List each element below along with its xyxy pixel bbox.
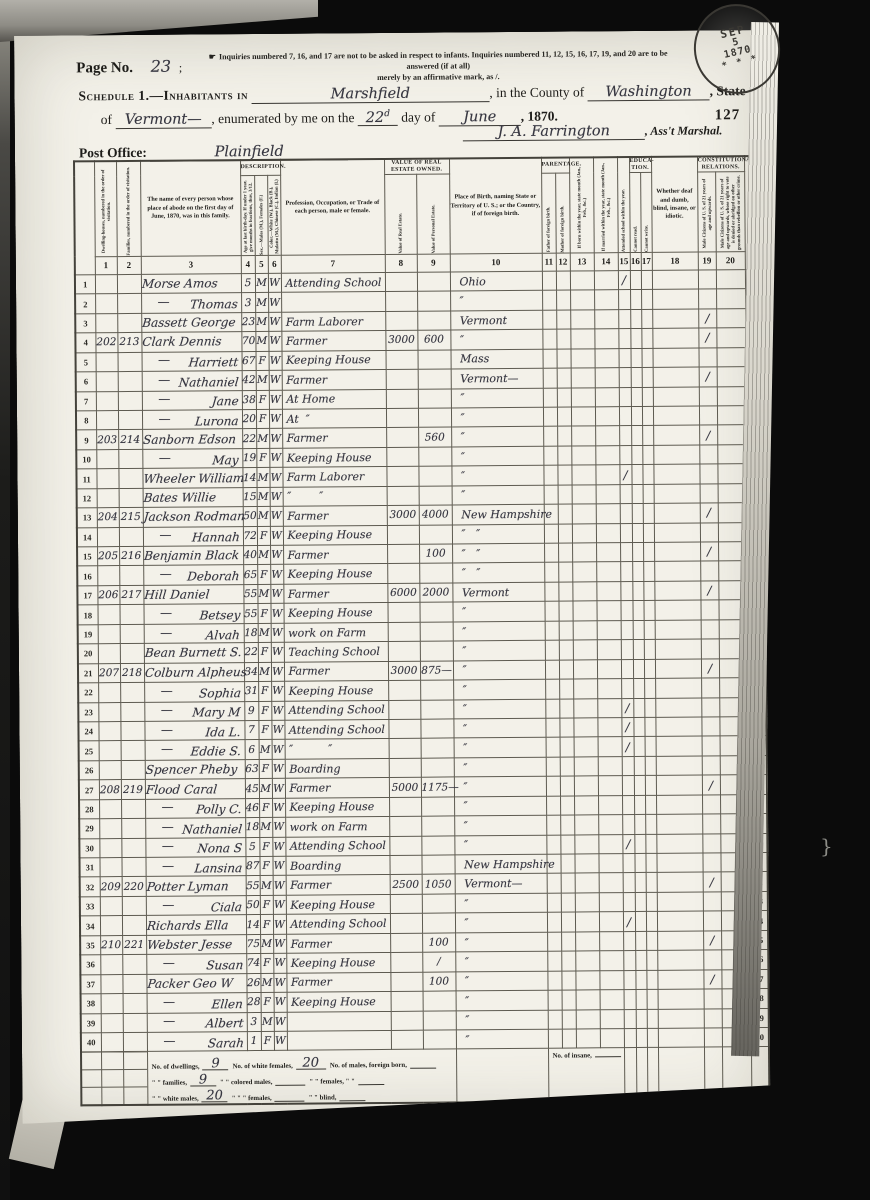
person-name-text: Lurona — [194, 414, 242, 428]
mother-foreign-birth-mark — [560, 854, 574, 874]
attended-school-mark: / — [621, 698, 633, 718]
col-header-color: Color.—White (W.), Black (B.), Mulatto (… — [267, 175, 281, 255]
family-no: 220 — [122, 877, 146, 897]
column-number: 5 — [255, 255, 268, 273]
person-name-text: Eddie S. — [190, 744, 245, 758]
real-estate-value — [387, 564, 419, 584]
ditto-dash: — — [162, 820, 174, 834]
col-header-vote-denied: Male Citizens of U. S. of 21 years of ag… — [715, 172, 745, 252]
mother-foreign-birth-mark — [560, 757, 574, 777]
group-value-owned: Value of Real Estate owned. — [384, 158, 449, 174]
birthplace: ″ — [456, 1010, 548, 1030]
mother-foreign-birth-mark — [559, 640, 573, 660]
of-label: of — [101, 112, 112, 127]
color-code: W — [270, 565, 283, 585]
blind-total-value — [339, 1101, 365, 1102]
dwelling-no — [95, 313, 117, 333]
dwelling-no — [96, 449, 118, 469]
father-foreign-birth-mark — [545, 660, 559, 680]
county-label: , in the County of — [489, 84, 584, 100]
cannot-write-mark — [644, 717, 655, 737]
person-name: Packer Geo W — [146, 973, 246, 993]
occupation: Keeping House — [283, 525, 387, 545]
row-number: 14 — [77, 527, 97, 547]
personal-estate-value: 100 — [419, 544, 452, 564]
row-number: 6 — [76, 372, 96, 392]
town-value: Marshfield — [331, 86, 410, 103]
cannot-read-mark — [633, 717, 644, 737]
col-header-cannot-write: Cannot write. — [640, 172, 652, 252]
color-code: W — [269, 351, 282, 371]
deaf-dumb-blind-note — [657, 970, 703, 990]
col-header-father-foreign: Father of foreign birth. — [541, 173, 556, 253]
cannot-write-mark — [643, 523, 654, 543]
marriage-month — [596, 504, 620, 524]
deaf-dumb-blind-note — [653, 464, 699, 484]
birthplace: ″ — [456, 990, 548, 1010]
row-number: 25 — [79, 741, 99, 761]
family-no — [123, 993, 147, 1013]
father-foreign-birth-mark — [546, 776, 560, 796]
mother-foreign-birth-mark — [560, 815, 574, 835]
cannot-read-mark — [634, 776, 645, 796]
real-estate-value — [388, 641, 420, 661]
person-name: Clark Dennis — [141, 332, 241, 352]
male-citizen-mark: / — [700, 542, 718, 562]
dwelling-no — [99, 741, 121, 761]
person-name-text: Ida L. — [205, 725, 245, 739]
color-code: W — [271, 701, 284, 721]
color-code: W — [269, 468, 282, 488]
real-estate-value — [386, 466, 418, 486]
sex: F — [259, 856, 272, 876]
cannot-write-mark — [647, 1028, 658, 1048]
occupation: Attending School — [285, 836, 389, 856]
sex: M — [259, 779, 272, 799]
birth-month — [571, 426, 595, 446]
person-name: —Albert — [147, 1012, 247, 1032]
personal-estate-value — [421, 855, 454, 875]
mother-foreign-birth-mark — [558, 524, 572, 544]
real-estate-value — [389, 855, 421, 875]
occupation: Attending School — [284, 700, 388, 720]
age: 42 — [242, 371, 256, 391]
page-number-row: Page No. 23 ; — [76, 57, 182, 78]
birthplace: ″ — [453, 660, 545, 680]
cannot-read-mark — [632, 562, 643, 582]
ditto-dash: — — [160, 606, 172, 620]
attended-school-mark — [618, 329, 630, 349]
color-code: W — [273, 915, 286, 935]
row-number: 39 — [81, 1013, 101, 1033]
cannot-read-mark — [631, 426, 642, 446]
col-header-dwellings: Dwelling-houses, numbered in the order o… — [94, 161, 117, 257]
cannot-write-mark — [645, 795, 656, 815]
occupation: Farmer — [285, 778, 389, 798]
age: 26 — [246, 973, 260, 993]
father-foreign-birth-mark — [548, 990, 562, 1010]
person-name-text: May — [212, 453, 243, 467]
foreign-females-total-label: " " females, " " — [309, 1079, 355, 1086]
father-foreign-birth-mark — [543, 349, 557, 369]
mother-foreign-birth-mark — [559, 679, 573, 699]
family-no — [119, 566, 143, 586]
attended-school-mark — [620, 543, 632, 563]
father-foreign-birth-mark — [545, 718, 559, 738]
attended-school-mark — [619, 348, 631, 368]
birth-month — [571, 348, 595, 368]
person-name-text: Hill Daniel — [143, 587, 209, 602]
person-name: Richards Ella — [146, 915, 246, 935]
day-of-label: day of — [401, 109, 435, 124]
attended-school-mark — [624, 1009, 636, 1029]
real-estate-value — [391, 991, 423, 1011]
birthplace: ″ — [454, 777, 546, 797]
foreign-males-total-label: No. of males, foreign born, — [330, 1062, 407, 1070]
person-name-wrap: Flood Caral — [145, 782, 244, 797]
birth-month — [575, 951, 599, 971]
age: 22 — [244, 643, 258, 663]
column-number: 14 — [594, 253, 618, 271]
person-name-text: Bean Burnett S. — [144, 646, 242, 661]
occupation: Keeping House — [286, 953, 390, 973]
real-estate-value — [390, 914, 422, 934]
person-name: —Sarah — [147, 1032, 247, 1052]
deaf-dumb-blind-note — [652, 289, 698, 309]
family-no — [121, 857, 145, 877]
instructions-line1: Inquiries numbered 7, 16, and 17 are not… — [219, 49, 668, 71]
attended-school-mark — [618, 309, 630, 329]
cannot-write-mark — [647, 989, 658, 1009]
occupation: Farmer — [283, 544, 387, 564]
personal-estate-value — [422, 913, 455, 933]
age: 46 — [245, 798, 259, 818]
row-number: 2 — [75, 294, 95, 314]
male-citizen-mark — [704, 1028, 722, 1048]
cannot-read-mark — [632, 504, 643, 524]
birthplace: ″ — [455, 971, 547, 991]
column-number: 18 — [652, 252, 698, 270]
family-no: 217 — [119, 585, 143, 605]
male-citizen-mark: / — [699, 425, 717, 445]
birthplace: ″ — [453, 699, 545, 719]
birth-month — [572, 504, 596, 524]
birthplace: ″ — [454, 815, 546, 835]
mother-foreign-birth-mark — [557, 446, 571, 466]
age: 50 — [246, 895, 260, 915]
row-number: 21 — [78, 663, 98, 683]
occupation — [281, 292, 385, 312]
birthplace: ″ — [450, 329, 542, 349]
sex: F — [257, 565, 270, 585]
row-number: 16 — [77, 566, 97, 586]
father-foreign-birth-mark — [548, 1010, 562, 1030]
male-citizen-mark — [703, 892, 721, 912]
birth-month — [572, 582, 596, 602]
occupation: Keeping House — [284, 681, 388, 701]
column-number: 16 — [630, 252, 641, 270]
age: 38 — [242, 390, 256, 410]
person-name-wrap: Sanborn Edson — [143, 432, 242, 447]
male-citizen-mark — [701, 717, 719, 737]
person-name-text: Sarah — [207, 1036, 247, 1050]
cannot-read-mark — [634, 737, 645, 757]
deaf-dumb-blind-note — [657, 853, 703, 873]
age: 65 — [243, 565, 257, 585]
person-name-wrap: —Sarah — [147, 1033, 246, 1051]
person-name-text: Betsey — [199, 608, 244, 622]
col-header-personal-estate: Value of Personal Estate. — [416, 174, 450, 254]
person-name: —Hannah — [143, 526, 243, 546]
deaf-dumb-blind-note — [657, 911, 703, 931]
birth-month — [573, 621, 597, 641]
color-code: W — [270, 604, 283, 624]
cannot-read-mark — [635, 970, 646, 990]
father-foreign-birth-mark — [545, 601, 559, 621]
real-estate-value: 5000 — [389, 777, 421, 797]
ditto-dash: — — [158, 295, 170, 309]
row-number: 38 — [81, 994, 101, 1014]
person-name-text: Deborah — [187, 569, 244, 583]
person-name-text: Potter Lyman — [146, 879, 229, 894]
real-estate-value — [388, 719, 420, 739]
birth-month — [575, 873, 599, 893]
mother-foreign-birth-mark — [561, 893, 575, 913]
row-number: 36 — [80, 955, 100, 975]
person-name-wrap: Bates Willie — [143, 490, 242, 505]
person-name: Benjamin Black — [143, 546, 243, 566]
person-name-text: Alvah — [205, 628, 244, 642]
age: 7 — [244, 720, 258, 740]
sex: M — [260, 973, 273, 993]
male-citizen-mark — [701, 639, 719, 659]
occupation: At ″ — [282, 408, 386, 428]
color-code: W — [271, 642, 284, 662]
color-code: W — [273, 876, 286, 896]
personal-estate-value — [417, 272, 450, 292]
county-value: Washington — [605, 84, 691, 101]
mother-foreign-birth-mark — [558, 485, 572, 505]
personal-estate-value — [419, 525, 452, 545]
table-header: Dwelling-houses, numbered in the order o… — [74, 156, 763, 275]
age: 72 — [243, 526, 257, 546]
age: 75 — [246, 934, 260, 954]
dwellings-total-label: No. of dwellings, — [152, 1064, 200, 1071]
attended-school-mark: / — [621, 717, 633, 737]
row-number: 9 — [76, 430, 96, 450]
ditto-dash: — — [162, 800, 174, 814]
col-header-occupation: Profession, Occupation, or Trade of each… — [280, 159, 385, 255]
attended-school-mark — [624, 990, 636, 1010]
row-number: 12 — [77, 488, 97, 508]
family-no — [119, 527, 143, 547]
birthplace: ″ — [451, 407, 543, 427]
age: 18 — [244, 623, 258, 643]
row-number: 5 — [76, 352, 96, 372]
marriage-month — [595, 407, 619, 427]
marriage-month — [595, 368, 619, 388]
white-females-total-label: No. of white females, — [233, 1063, 293, 1070]
attended-school-mark — [623, 931, 635, 951]
cannot-read-mark — [636, 1009, 647, 1029]
father-foreign-birth-mark — [547, 971, 561, 991]
male-citizen-mark — [699, 348, 717, 368]
cannot-write-mark — [644, 698, 655, 718]
birthplace: ″ — [453, 602, 545, 622]
father-foreign-birth-mark — [542, 290, 556, 310]
real-estate-value — [390, 894, 422, 914]
person-name-wrap: Morse Amos — [141, 276, 240, 291]
age: 6 — [245, 740, 259, 760]
sex: M — [260, 876, 273, 896]
cannot-read-mark — [631, 348, 642, 368]
cannot-write-mark — [646, 970, 657, 990]
occupation: Keeping House — [282, 350, 386, 370]
families-total-value: 9 — [190, 1076, 216, 1087]
mother-foreign-birth-mark — [557, 368, 571, 388]
ditto-dash: — — [159, 528, 171, 542]
person-name-text: Sophia — [198, 686, 244, 700]
dwelling-no: 205 — [97, 547, 119, 567]
person-name-wrap: Spencer Pheby — [145, 762, 244, 777]
col-header-attended-school: Attended school within the year. — [617, 157, 630, 252]
age: 5 — [241, 273, 255, 293]
birthplace: ″ — [451, 446, 543, 466]
col-header-deaf-dumb: Whether deaf and dumb, blind, insane, or… — [651, 157, 698, 253]
dwelling-no — [99, 799, 121, 819]
ditto-dash: — — [159, 450, 171, 464]
marshal-label: , Ass't Marshal. — [645, 123, 723, 138]
column-number: 8 — [385, 254, 417, 272]
ditto-dash: — — [161, 742, 173, 756]
birthplace: ″ ″ — [452, 543, 544, 563]
birthplace: New Hampshire — [455, 854, 547, 874]
scan-left-edge — [0, 0, 10, 1200]
age: 74 — [246, 954, 260, 974]
color-code: W — [269, 390, 282, 410]
birthplace: Mass — [451, 349, 543, 369]
personal-estate-value — [417, 291, 450, 311]
attended-school-mark — [620, 504, 632, 524]
cannot-write-mark — [645, 815, 656, 835]
occupation: work on Farm — [284, 622, 388, 642]
dwelling-no — [99, 819, 121, 839]
sex: M — [255, 332, 268, 352]
attended-school-mark — [621, 679, 633, 699]
cannot-write-mark — [642, 348, 653, 368]
deaf-dumb-blind-note — [655, 639, 701, 659]
birthplace: ″ — [451, 466, 543, 486]
real-estate-value — [388, 700, 420, 720]
left-gutter-header — [74, 161, 95, 275]
marriage-month — [599, 912, 623, 932]
occupation: Teaching School — [284, 642, 388, 662]
attended-school-mark — [624, 1028, 636, 1048]
personal-estate-value: 875— — [420, 661, 453, 681]
birthplace: Vermont — [452, 582, 544, 602]
cannot-read-mark — [635, 931, 646, 951]
person-name-wrap: Richards Ella — [146, 918, 245, 933]
person-name-text: Spencer Pheby — [145, 762, 238, 777]
foreign-males-total-value — [410, 1068, 436, 1069]
family-no — [118, 469, 142, 489]
color-code: W — [270, 506, 283, 526]
birth-month — [573, 659, 597, 679]
mother-foreign-birth-mark — [561, 932, 575, 952]
folio-number: 127 — [715, 107, 741, 124]
marriage-month — [595, 348, 619, 368]
sex: F — [261, 1031, 274, 1051]
color-code: W — [272, 759, 285, 779]
col-header-sex: Sex.—Males (M.), Females (F.) — [254, 175, 268, 255]
person-name-wrap: —Ellen — [147, 994, 246, 1012]
color-code: W — [271, 720, 284, 740]
birth-month — [573, 698, 597, 718]
marriage-month — [599, 873, 623, 893]
person-name: —May — [142, 448, 242, 468]
male-citizen-mark: / — [701, 659, 719, 679]
vote-denied-mark — [716, 270, 745, 290]
sex: F — [258, 701, 271, 721]
age: 23 — [241, 312, 255, 332]
real-estate-value: 3000 — [388, 661, 420, 681]
col-header-name: The name of every person whose place of … — [140, 160, 241, 256]
father-foreign-birth-mark — [542, 271, 556, 291]
cannot-write-mark — [641, 329, 652, 349]
cannot-write-mark — [644, 601, 655, 621]
person-name-text: Ellen — [211, 997, 247, 1011]
occupation: Farmer — [284, 661, 388, 681]
male-citizen-mark — [700, 561, 718, 581]
birth-month — [573, 601, 597, 621]
person-name-text: Albert — [205, 1016, 247, 1030]
personal-estate-value — [422, 894, 455, 914]
family-no: 215 — [119, 508, 143, 528]
birth-month — [572, 562, 596, 582]
table-footer: No. of dwellings, 9 No. of white females… — [81, 1047, 769, 1105]
person-name: Spencer Pheby — [145, 759, 245, 779]
marriage-month — [597, 698, 621, 718]
deaf-dumb-blind-note — [654, 542, 700, 562]
father-foreign-birth-mark — [543, 465, 557, 485]
father-foreign-birth-mark — [545, 699, 559, 719]
real-estate-value — [390, 933, 422, 953]
marriage-month — [600, 1029, 624, 1049]
sex: M — [258, 623, 271, 643]
person-name-text: Nathaniel — [178, 375, 242, 390]
cannot-write-mark — [647, 1009, 658, 1029]
cannot-read-mark — [634, 834, 645, 854]
male-citizen-mark: / — [703, 970, 721, 990]
mother-foreign-birth-mark — [562, 1029, 576, 1049]
age: 87 — [245, 857, 259, 877]
male-citizen-mark — [702, 833, 720, 853]
person-name: —Harriett — [142, 351, 242, 371]
person-name-wrap: Benjamin Black — [144, 548, 243, 563]
color-code: W — [270, 545, 283, 565]
cannot-write-mark — [646, 912, 657, 932]
row-number: 40 — [81, 1033, 101, 1053]
day-blank: 22d — [358, 109, 398, 126]
occupation: Farmer — [283, 506, 387, 526]
mother-foreign-birth-mark — [560, 835, 574, 855]
marriage-month — [595, 426, 619, 446]
dwelling-no — [98, 702, 120, 722]
attended-school-mark — [618, 290, 630, 310]
cannot-write-mark — [646, 873, 657, 893]
cannot-write-mark — [646, 853, 657, 873]
year-label: , 1870. — [521, 108, 558, 123]
